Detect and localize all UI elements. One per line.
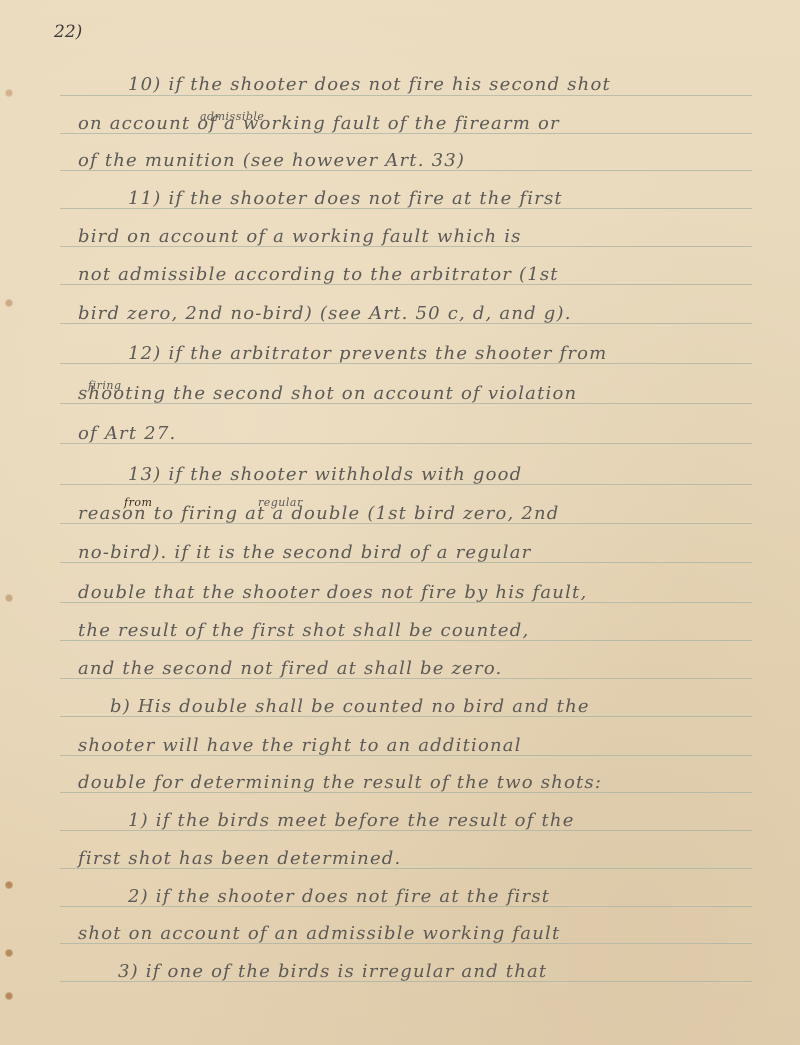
insertion-admissible: admissible: [200, 110, 264, 123]
text-line: 1) if the birds meet before the result o…: [128, 810, 800, 832]
binder-hole: [6, 882, 12, 888]
insertion-from: from: [124, 496, 152, 509]
text-line: 11) if the shooter does not fire at the …: [128, 188, 800, 210]
binder-hole: [6, 90, 12, 96]
binder-hole: [6, 300, 12, 306]
text-line: 3) if one of the birds is irregular and …: [118, 961, 800, 983]
text-line: 2) if the shooter does not fire at the f…: [128, 886, 800, 908]
text-line: not admissible according to the arbitrat…: [78, 264, 768, 286]
text-line: shooting the second shot on account of v…: [78, 383, 768, 405]
text-line: shot on account of an admissible working…: [78, 923, 768, 945]
text-line: no-bird). if it is the second bird of a …: [78, 542, 768, 564]
insertion-firing: firing: [88, 379, 122, 392]
text-line: and the second not fired at shall be zer…: [78, 658, 768, 680]
binder-hole: [6, 595, 12, 601]
text-line: first shot has been determined.: [78, 848, 768, 870]
text-line: bird on account of a working fault which…: [78, 226, 768, 248]
text-line: b) His double shall be counted no bird a…: [110, 696, 800, 718]
text-line: 13) if the shooter withholds with good: [128, 464, 800, 486]
text-line: reason to firing at a double (1st bird z…: [78, 503, 768, 525]
binder-hole: [6, 993, 12, 999]
text-line: the result of the first shot shall be co…: [78, 620, 768, 642]
text-line: of the munition (see however Art. 33): [78, 150, 768, 172]
text-line: double for determining the result of the…: [78, 772, 768, 794]
text-line: on account of a working fault of the fir…: [78, 113, 768, 135]
text-line: shooter will have the right to an additi…: [78, 735, 768, 757]
page-number: 22): [54, 22, 82, 42]
text-line: of Art 27.: [78, 423, 768, 445]
text-line: bird zero, 2nd no-bird) (see Art. 50 c, …: [78, 303, 768, 325]
insertion-regular: regular: [258, 496, 303, 509]
text-line: 12) if the arbitrator prevents the shoot…: [128, 343, 800, 365]
text-line: 10) if the shooter does not fire his sec…: [128, 74, 800, 96]
manuscript-page: 22) 10) if the shooter does not fire his…: [0, 0, 800, 1045]
text-line: double that the shooter does not fire by…: [78, 582, 768, 604]
binder-hole: [6, 950, 12, 956]
